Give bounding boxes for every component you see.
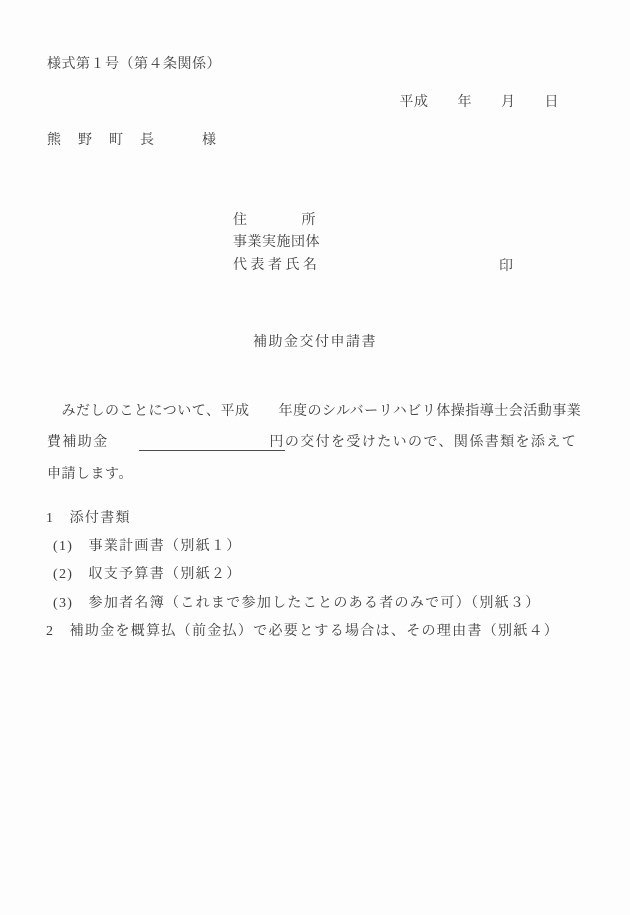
document-title: 補助金交付申請書 — [0, 331, 630, 351]
body-line-2-prefix: 費補助金 — [47, 435, 139, 450]
attachment-item: (2) 収支予算書（別紙２） — [46, 561, 559, 589]
applicant-block: 住 所 事業実施団体 代表者氏名 — [233, 210, 321, 277]
body-paragraph: みだしのことについて、平成 年度のシルバーリハビリ体操指導士会活動事業 費補助金… — [47, 396, 592, 490]
organization-label: 事業実施団体 — [233, 232, 321, 254]
seal-mark: 印 — [499, 255, 513, 275]
address-label: 住 所 — [233, 210, 316, 232]
document-page: 様式第１号（第４条関係） 平成 年 月 日 熊 野 町 長 様 住 所 事業実施… — [0, 0, 630, 915]
attachments-list: 1 添付書類 (1) 事業計画書（別紙１） (2) 収支予算書（別紙２） (3)… — [46, 505, 559, 646]
representative-label: 代表者氏名 — [233, 255, 321, 277]
currency-unit: 円 — [269, 435, 284, 450]
list-item-2: 2 補助金を概算払（前金払）で必要とする場合は、その理由書（別紙４） — [46, 618, 559, 646]
body-line-2: 費補助金 円の交付を受けたいので、関係書類を添えて — [47, 427, 592, 458]
body-line-2-suffix: の交付を受けたいので、関係書類を添えて — [285, 435, 577, 450]
addressee-line: 熊 野 町 長 様 — [47, 129, 218, 149]
list-item-1: 1 添付書類 — [46, 505, 559, 533]
attachment-item: (3) 参加者名簿（これまで参加したことのある者のみで可）（別紙３） — [46, 590, 559, 618]
address-label-last: 所 — [302, 210, 317, 232]
form-number: 様式第１号（第４条関係） — [47, 53, 221, 73]
address-label-first: 住 — [233, 210, 248, 232]
body-line-1: みだしのことについて、平成 年度のシルバーリハビリ体操指導士会活動事業 — [47, 396, 592, 427]
attachment-item: (1) 事業計画書（別紙１） — [46, 533, 559, 561]
date-line: 平成 年 月 日 — [0, 91, 559, 111]
body-line-3: 申請します。 — [47, 459, 592, 490]
amount-underline: 円 — [139, 435, 284, 451]
